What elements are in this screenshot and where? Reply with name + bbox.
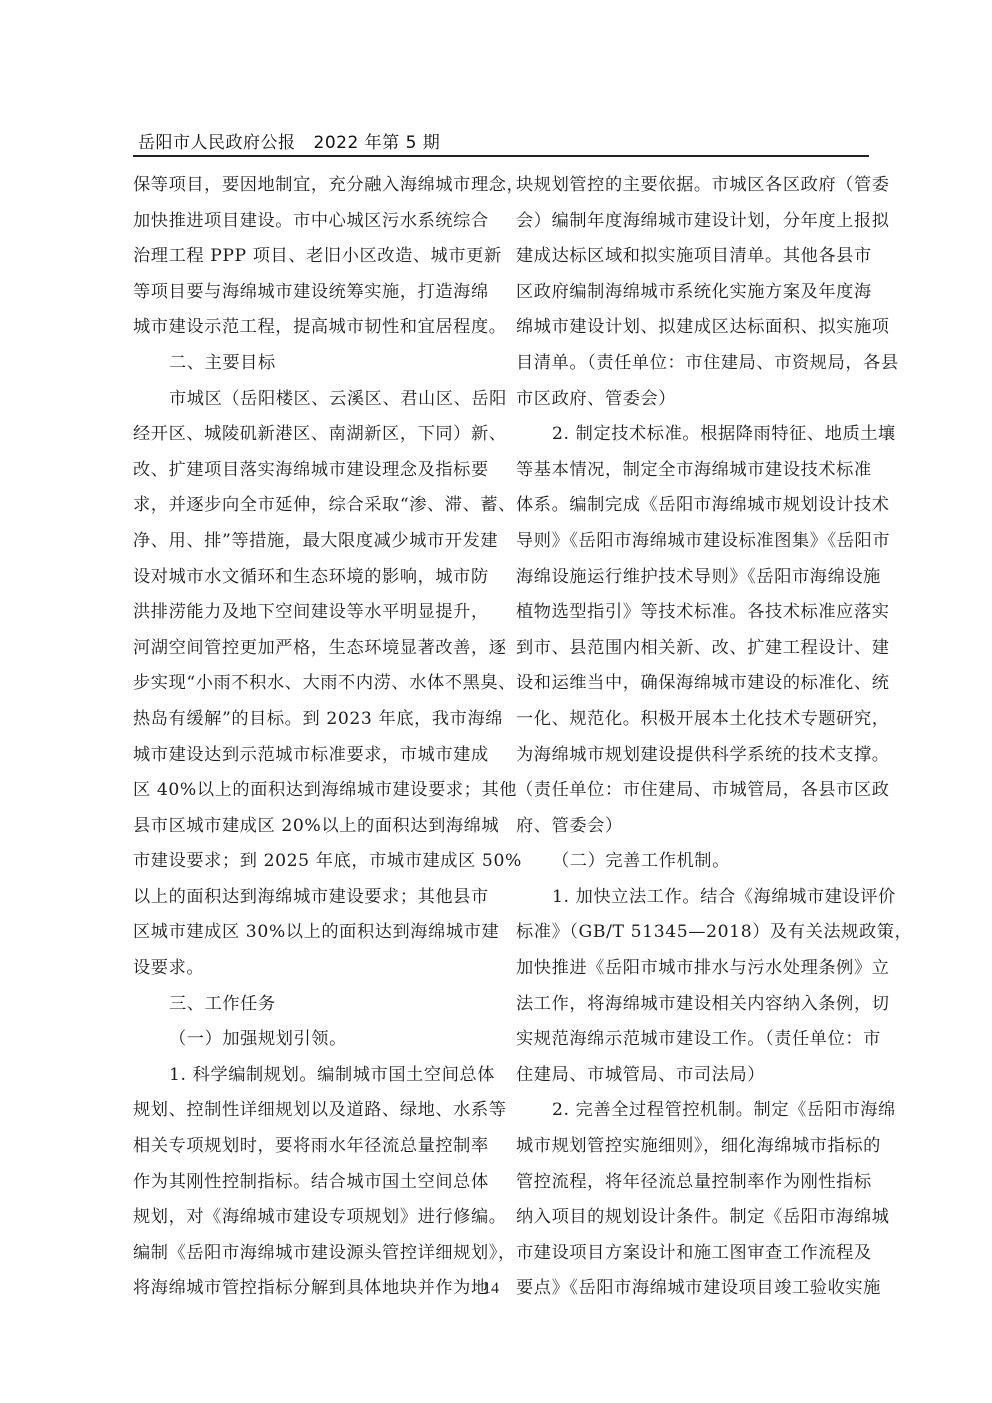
text-line: 为海绵城市规划建设提供科学系统的技术支撑。 xyxy=(516,738,871,774)
text-line: 洪排涝能力及地下空间建设等水平明显提升， xyxy=(133,595,493,631)
text-line: 会）编制年度海绵城市建设计划，分年度上报拟 xyxy=(516,204,871,240)
text-line: 区政府编制海绵城市系统化实施方案及年度海 xyxy=(516,275,871,311)
text-line: 城市规划管控实施细则》，细化海绵城市指标的 xyxy=(516,1129,871,1165)
text-line: 河湖空间管控更加严格，生态环境显著改善，逐 xyxy=(133,631,493,667)
text-line: 区 40%以上的面积达到海绵城市建设要求；其他 xyxy=(133,773,493,809)
text-line: 以上的面积达到海绵城市建设要求；其他县市 xyxy=(133,880,493,916)
text-line: 到市、县范围内相关新、改、扩建工程设计、建 xyxy=(516,631,871,667)
text-line: 市区政府、管委会） xyxy=(516,382,871,418)
text-line: 2. 制定技术标准。根据降雨特征、地质土壤 xyxy=(516,417,871,453)
right-column: 块规划管控的主要依据。市城区各区政府（管委会）编制年度海绵城市建设计划，分年度上… xyxy=(516,168,871,1307)
text-line: 要点》《岳阳市海绵城市建设项目竣工验收实施 xyxy=(516,1271,871,1307)
text-line: 一化、规范化。积极开展本土化技术专题研究， xyxy=(516,702,871,738)
text-line: 市建设项目方案设计和施工图审查工作流程及 xyxy=(516,1236,871,1272)
text-line: 市城区（岳阳楼区、云溪区、君山区、岳阳 xyxy=(133,382,493,418)
text-line: 纳入项目的规划设计条件。制定《岳阳市海绵城 xyxy=(516,1200,871,1236)
text-line: 设对城市水文循环和生态环境的影响，城市防 xyxy=(133,560,493,596)
text-line: 城市建设示范工程，提高城市韧性和宜居程度。 xyxy=(133,310,493,346)
text-line: 等基本情况，制定全市海绵城市建设技术标准 xyxy=(516,453,871,489)
text-line: 改、扩建项目落实海绵城市建设理念及指标要 xyxy=(133,453,493,489)
text-line: 建成达标区域和拟实施项目清单。其他各县市 xyxy=(516,239,871,275)
text-line: （责任单位：市住建局、市城管局，各县市区政 xyxy=(516,773,871,809)
text-line: 设要求。 xyxy=(133,951,493,987)
text-line: 块规划管控的主要依据。市城区各区政府（管委 xyxy=(516,168,871,204)
text-line: 热岛有缓解”的目标。到 2023 年底，我市海绵 xyxy=(133,702,493,738)
text-line: 三、工作任务 xyxy=(133,987,493,1023)
text-line: 府、管委会） xyxy=(516,809,871,845)
text-line: 县市区城市建成区 20%以上的面积达到海绵城 xyxy=(133,809,493,845)
text-line: （二）完善工作机制。 xyxy=(516,844,871,880)
text-line: 目清单。（责任单位：市住建局、市资规局，各县 xyxy=(516,346,871,382)
running-header: 岳阳市人民政府公报2022 年第 5 期 xyxy=(138,128,868,152)
text-line: 步实现“小雨不积水、大雨不内涝、水体不黑臭、 xyxy=(133,666,493,702)
text-line: 2. 完善全过程管控机制。制定《岳阳市海绵 xyxy=(516,1093,871,1129)
text-line: 净、用、排”等措施，最大限度减少城市开发建 xyxy=(133,524,493,560)
text-line: 求，并逐步向全市延伸，综合采取“渗、滞、蓄、 xyxy=(133,488,493,524)
text-line: 法工作，将海绵城市建设相关内容纳入条例，切 xyxy=(516,987,871,1023)
text-line: 编制《岳阳市海绵城市建设源头管控详细规划》， xyxy=(133,1236,493,1272)
issue-label: 2022 年第 5 期 xyxy=(314,133,441,153)
text-line: （一）加强规划引领。 xyxy=(133,1022,493,1058)
text-line: 海绵设施运行维护技术导则》《岳阳市海绵设施 xyxy=(516,560,871,596)
page-number: 14 xyxy=(483,1280,499,1298)
text-line: 加快推进《岳阳市城市排水与污水处理条例》立 xyxy=(516,951,871,987)
text-line: 导则》《岳阳市海绵城市建设标准图集》《岳阳市 xyxy=(516,524,871,560)
text-line: 二、主要目标 xyxy=(133,346,493,382)
text-line: 经开区、城陵矶新港区、南湖新区，下同）新、 xyxy=(133,417,493,453)
text-line: 将海绵城市管控指标分解到具体地块并作为地 xyxy=(133,1271,493,1307)
text-line: 设和运维当中，确保海绵城市建设的标准化、统 xyxy=(516,666,871,702)
text-line: 规划、控制性详细规划以及道路、绿地、水系等 xyxy=(133,1093,493,1129)
text-line: 管控流程，将年径流总量控制率作为刚性指标 xyxy=(516,1165,871,1201)
text-line: 市建设要求；到 2025 年底，市城市建成区 50% xyxy=(133,844,493,880)
header-rule xyxy=(133,155,869,157)
text-line: 作为其刚性控制指标。结合城市国土空间总体 xyxy=(133,1165,493,1201)
text-line: 相关专项规划时，要将雨水年径流总量控制率 xyxy=(133,1129,493,1165)
text-line: 植物选型指引》等技术标准。各技术标准应落实 xyxy=(516,595,871,631)
text-line: 加快推进项目建设。市中心城区污水系统综合 xyxy=(133,204,493,240)
left-column: 保等项目，要因地制宜，充分融入海绵城市理念，加快推进项目建设。市中心城区污水系统… xyxy=(133,168,493,1307)
text-line: 区城市建成区 30%以上的面积达到海绵城市建 xyxy=(133,915,493,951)
text-line: 保等项目，要因地制宜，充分融入海绵城市理念， xyxy=(133,168,493,204)
text-line: 1. 科学编制规划。编制城市国土空间总体 xyxy=(133,1058,493,1094)
text-line: 城市建设达到示范城市标准要求，市城市建成 xyxy=(133,738,493,774)
text-line: 实规范海绵示范城市建设工作。（责任单位：市 xyxy=(516,1022,871,1058)
text-line: 住建局、市城管局、市司法局） xyxy=(516,1058,871,1094)
text-line: 标准》（GB/T 51345—2018）及有关法规政策， xyxy=(516,915,871,951)
text-line: 等项目要与海绵城市建设统筹实施，打造海绵 xyxy=(133,275,493,311)
text-line: 治理工程 PPP 项目、老旧小区改造、城市更新 xyxy=(133,239,493,275)
text-line: 规划，对《海绵城市建设专项规划》进行修编。 xyxy=(133,1200,493,1236)
text-line: 1. 加快立法工作。结合《海绵城市建设评价 xyxy=(516,880,871,916)
publication-title: 岳阳市人民政府公报 xyxy=(138,133,296,153)
text-line: 体系。编制完成《岳阳市海绵城市规划设计技术 xyxy=(516,488,871,524)
text-line: 绵城市建设计划、拟建成区达标面积、拟实施项 xyxy=(516,310,871,346)
